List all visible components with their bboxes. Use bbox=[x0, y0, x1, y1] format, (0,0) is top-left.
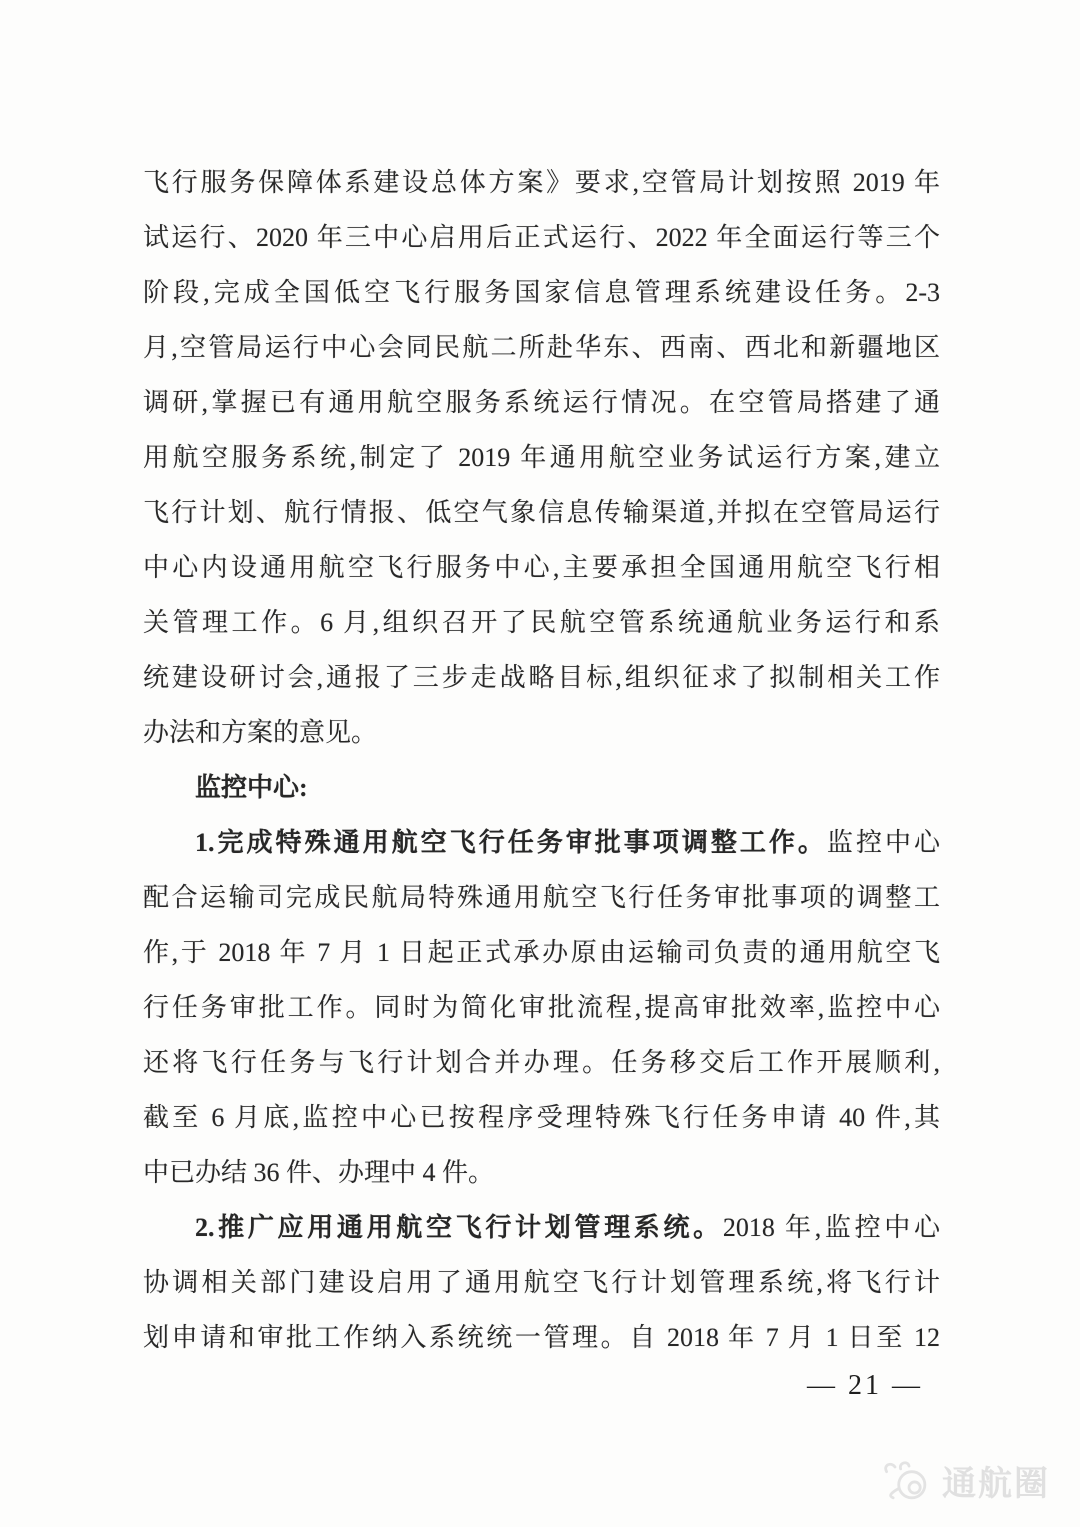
section-heading: 监控中心: bbox=[143, 760, 940, 815]
text-line: 中心内设通用航空飞行服务中心,主要承担全国通用航空飞行相 bbox=[143, 540, 940, 595]
text-span: 监控中心 bbox=[827, 828, 940, 857]
text-line: 作,于 2018 年 7 月 1 日起正式承办原由运输司负责的通用航空飞 bbox=[143, 925, 940, 980]
text-line: 划申请和审批工作纳入系统统一管理。自 2018 年 7 月 1 日至 12 bbox=[143, 1310, 940, 1365]
text-line: 统建设研讨会,通报了三步走战略目标,组织征求了拟制相关工作 bbox=[143, 650, 940, 705]
watermark: 通航圈 bbox=[881, 1456, 1050, 1505]
text-span: 2018 年,监控中心 bbox=[723, 1213, 940, 1242]
text-line: 用航空服务系统,制定了 2019 年通用航空业务试运行方案,建立 bbox=[143, 430, 940, 485]
text-line: 截至 6 月底,监控中心已按程序受理特殊飞行任务申请 40 件,其 bbox=[143, 1090, 940, 1145]
page-number: — 21 — bbox=[807, 1370, 923, 1402]
document-page: 飞行服务保障体系建设总体方案》要求,空管局计划按照 2019 年 试运行、202… bbox=[0, 0, 1080, 1527]
body-text: 飞行服务保障体系建设总体方案》要求,空管局计划按照 2019 年 试运行、202… bbox=[143, 155, 940, 1365]
helicopter-logo-icon bbox=[881, 1459, 937, 1503]
text-line: 2.推广应用通用航空飞行计划管理系统。2018 年,监控中心 bbox=[143, 1200, 940, 1255]
text-line: 还将飞行任务与飞行计划合并办理。任务移交后工作开展顺利, bbox=[143, 1035, 940, 1090]
text-line: 调研,掌握已有通用航空服务系统运行情况。在空管局搭建了通 bbox=[143, 375, 940, 430]
text-line: 1.完成特殊通用航空飞行任务审批事项调整工作。监控中心 bbox=[143, 815, 940, 870]
watermark-label: 通航圈 bbox=[942, 1456, 1050, 1505]
text-line: 中已办结 36 件、办理中 4 件。 bbox=[143, 1145, 940, 1200]
text-line: 阶段,完成全国低空飞行服务国家信息管理系统建设任务。2-3 bbox=[143, 265, 940, 320]
text-line: 试运行、2020 年三中心启用后正式运行、2022 年全面运行等三个 bbox=[143, 210, 940, 265]
text-line: 办法和方案的意见。 bbox=[143, 705, 940, 760]
text-line: 月,空管局运行中心会同民航二所赴华东、西南、西北和新疆地区 bbox=[143, 320, 940, 375]
text-line: 配合运输司完成民航局特殊通用航空飞行任务审批事项的调整工 bbox=[143, 870, 940, 925]
text-line: 飞行服务保障体系建设总体方案》要求,空管局计划按照 2019 年 bbox=[143, 155, 940, 210]
item-2-lead-sentence: 2.推广应用通用航空飞行计划管理系统。 bbox=[195, 1213, 723, 1242]
text-line: 协调相关部门建设启用了通用航空飞行计划管理系统,将飞行计 bbox=[143, 1255, 940, 1310]
item-1-lead-sentence: 1.完成特殊通用航空飞行任务审批事项调整工作。 bbox=[195, 828, 827, 857]
text-line: 行任务审批工作。同时为简化审批流程,提高审批效率,监控中心 bbox=[143, 980, 940, 1035]
text-line: 关管理工作。6 月,组织召开了民航空管系统通航业务运行和系 bbox=[143, 595, 940, 650]
text-line: 飞行计划、航行情报、低空气象信息传输渠道,并拟在空管局运行 bbox=[143, 485, 940, 540]
